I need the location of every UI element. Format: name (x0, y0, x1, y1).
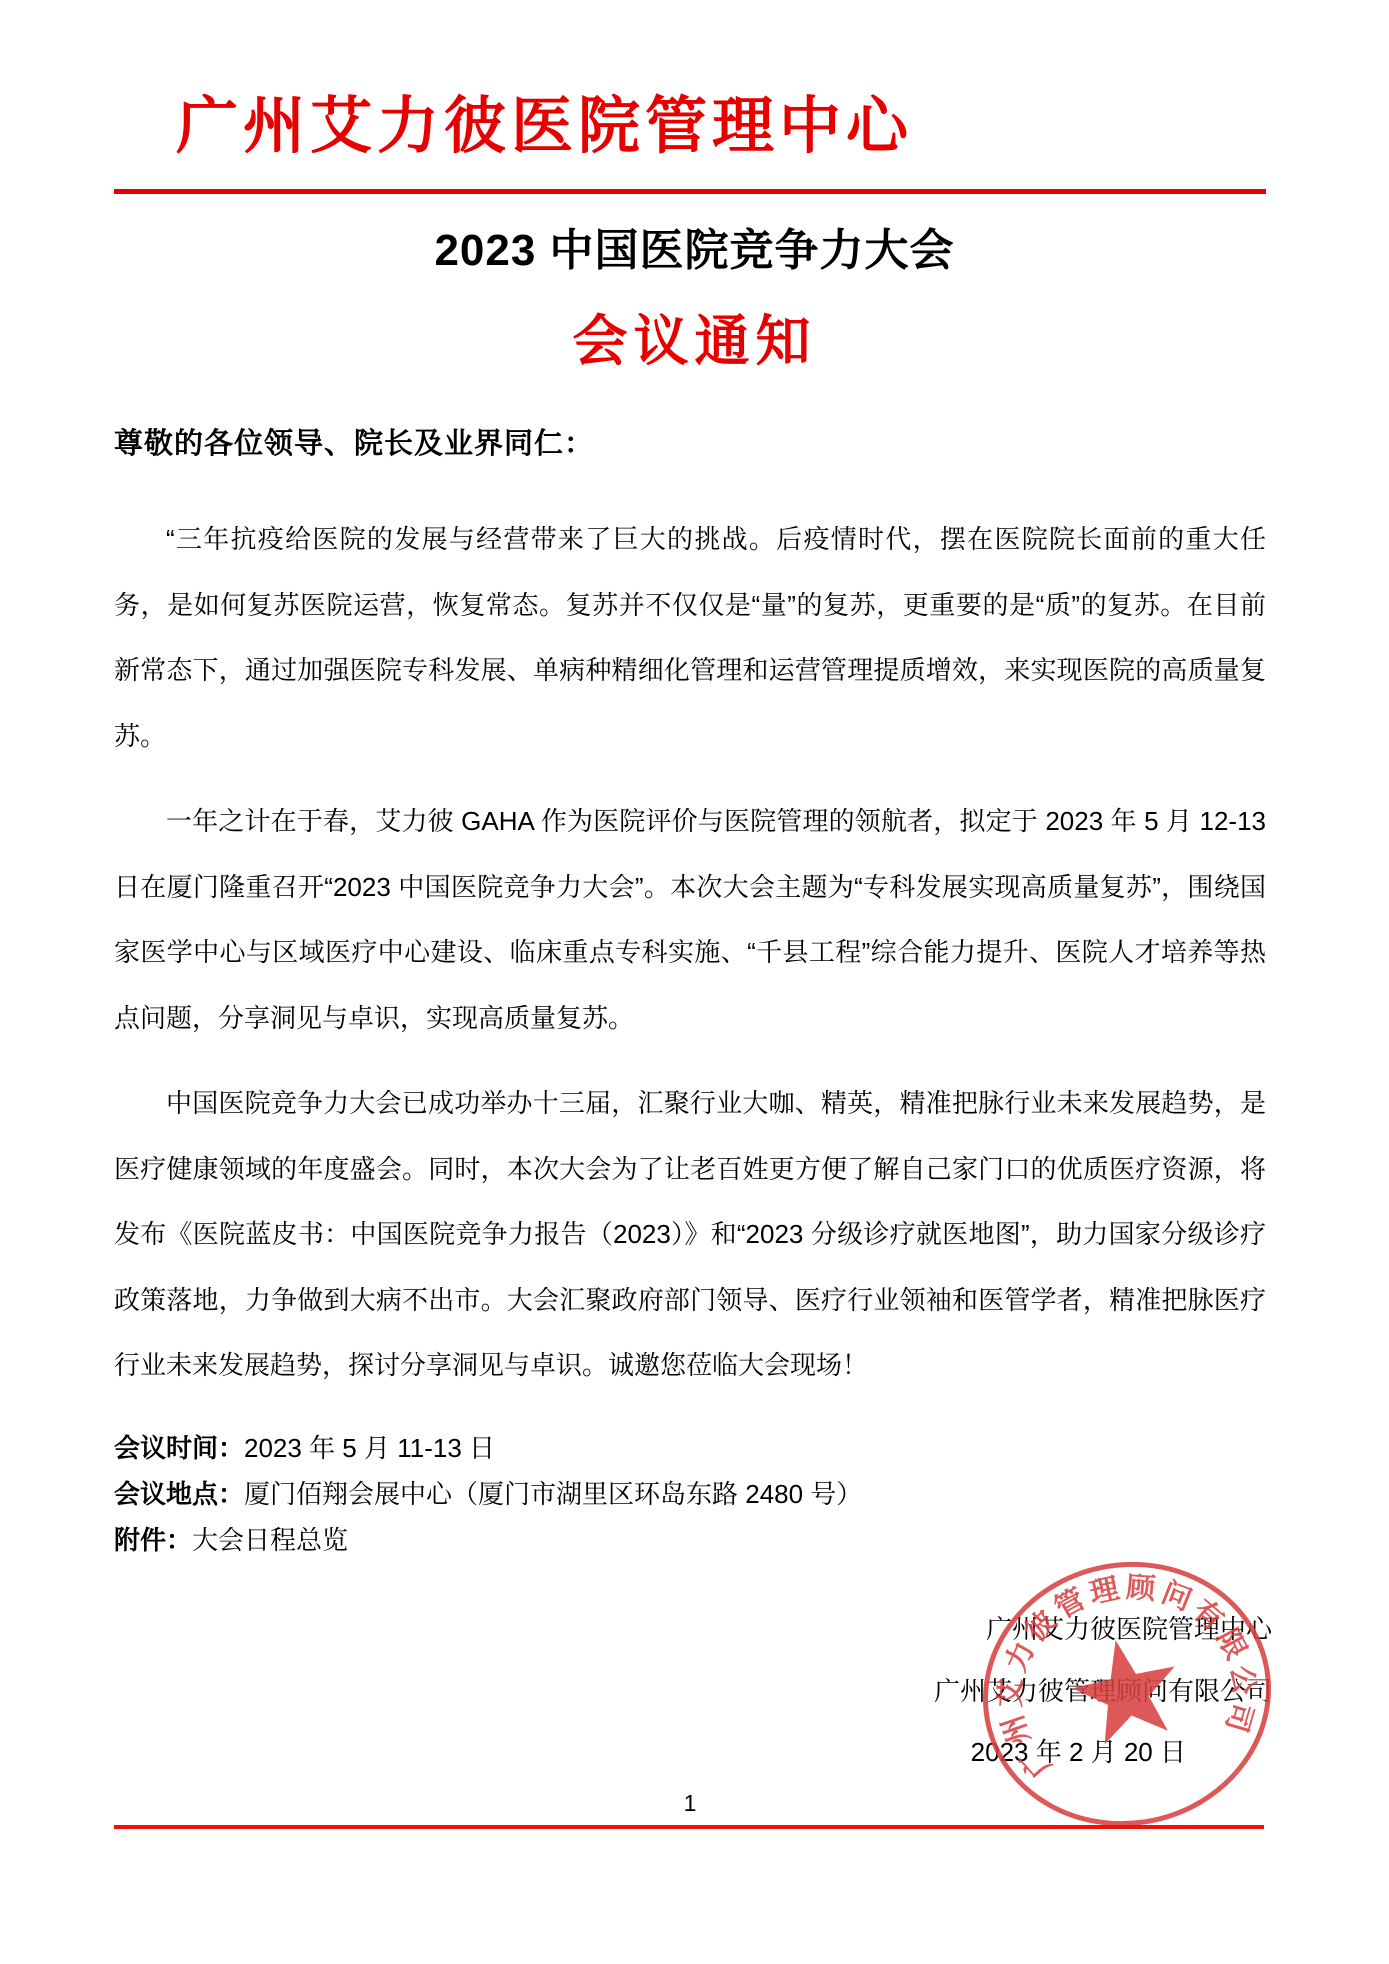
body-text: “三年抗疫给医院的发展与经营带来了巨大的挑战。后疫情时代，摆在医院院长面前的重大… (114, 507, 1266, 1563)
conference-title: 2023 中国医院竞争力大会 (0, 214, 1389, 278)
signature-org-2: 广州艾力彼管理顾问有限公司 (114, 1661, 1272, 1723)
header-rule (114, 189, 1266, 194)
meeting-venue-row: 会议地点：厦门佰翔会展中心（厦门市湖里区环岛东路 2480 号） (114, 1471, 1266, 1517)
organization-title: 广州艾力彼医院管理中心 (176, 76, 913, 165)
signature-org-1: 广州艾力彼医院管理中心 (114, 1599, 1272, 1661)
attachment-label: 附件： (114, 1525, 192, 1555)
paragraph-2: 一年之计在于春，艾力彼 GAHA 作为医院评价与医院管理的领航者，拟定于 202… (114, 789, 1266, 1051)
footer-rule (114, 1825, 1264, 1829)
meeting-time-row: 会议时间：2023 年 5 月 11-13 日 (114, 1425, 1266, 1471)
salutation: 尊敬的各位领导、院长及业界同仁： (114, 421, 594, 462)
document-page: 广州艾力彼医院管理中心 2023 中国医院竞争力大会 会议通知 尊敬的各位领导、… (0, 0, 1389, 1964)
attachment-value: 大会日程总览 (192, 1525, 348, 1555)
signature-block: 广州艾力彼医院管理中心 广州艾力彼管理顾问有限公司 2023 年 2 月 20 … (114, 1599, 1272, 1784)
page-number: 1 (0, 1790, 1380, 1817)
meeting-info: 会议时间：2023 年 5 月 11-13 日 会议地点：厦门佰翔会展中心（厦门… (114, 1425, 1266, 1563)
meeting-venue-value: 厦门佰翔会展中心（厦门市湖里区环岛东路 2480 号） (244, 1479, 862, 1509)
attachment-row: 附件：大会日程总览 (114, 1517, 1266, 1563)
paragraph-1: “三年抗疫给医院的发展与经营带来了巨大的挑战。后疫情时代，摆在医院院长面前的重大… (114, 507, 1266, 769)
notice-title: 会议通知 (0, 297, 1389, 376)
meeting-time-value: 2023 年 5 月 11-13 日 (244, 1433, 495, 1463)
meeting-venue-label: 会议地点： (114, 1479, 244, 1509)
paragraph-3: 中国医院竞争力大会已成功举办十三届，汇聚行业大咖、精英，精准把脉行业未来发展趋势… (114, 1071, 1266, 1399)
signature-date: 2023 年 2 月 20 日 (114, 1722, 1272, 1784)
meeting-time-label: 会议时间： (114, 1433, 244, 1463)
